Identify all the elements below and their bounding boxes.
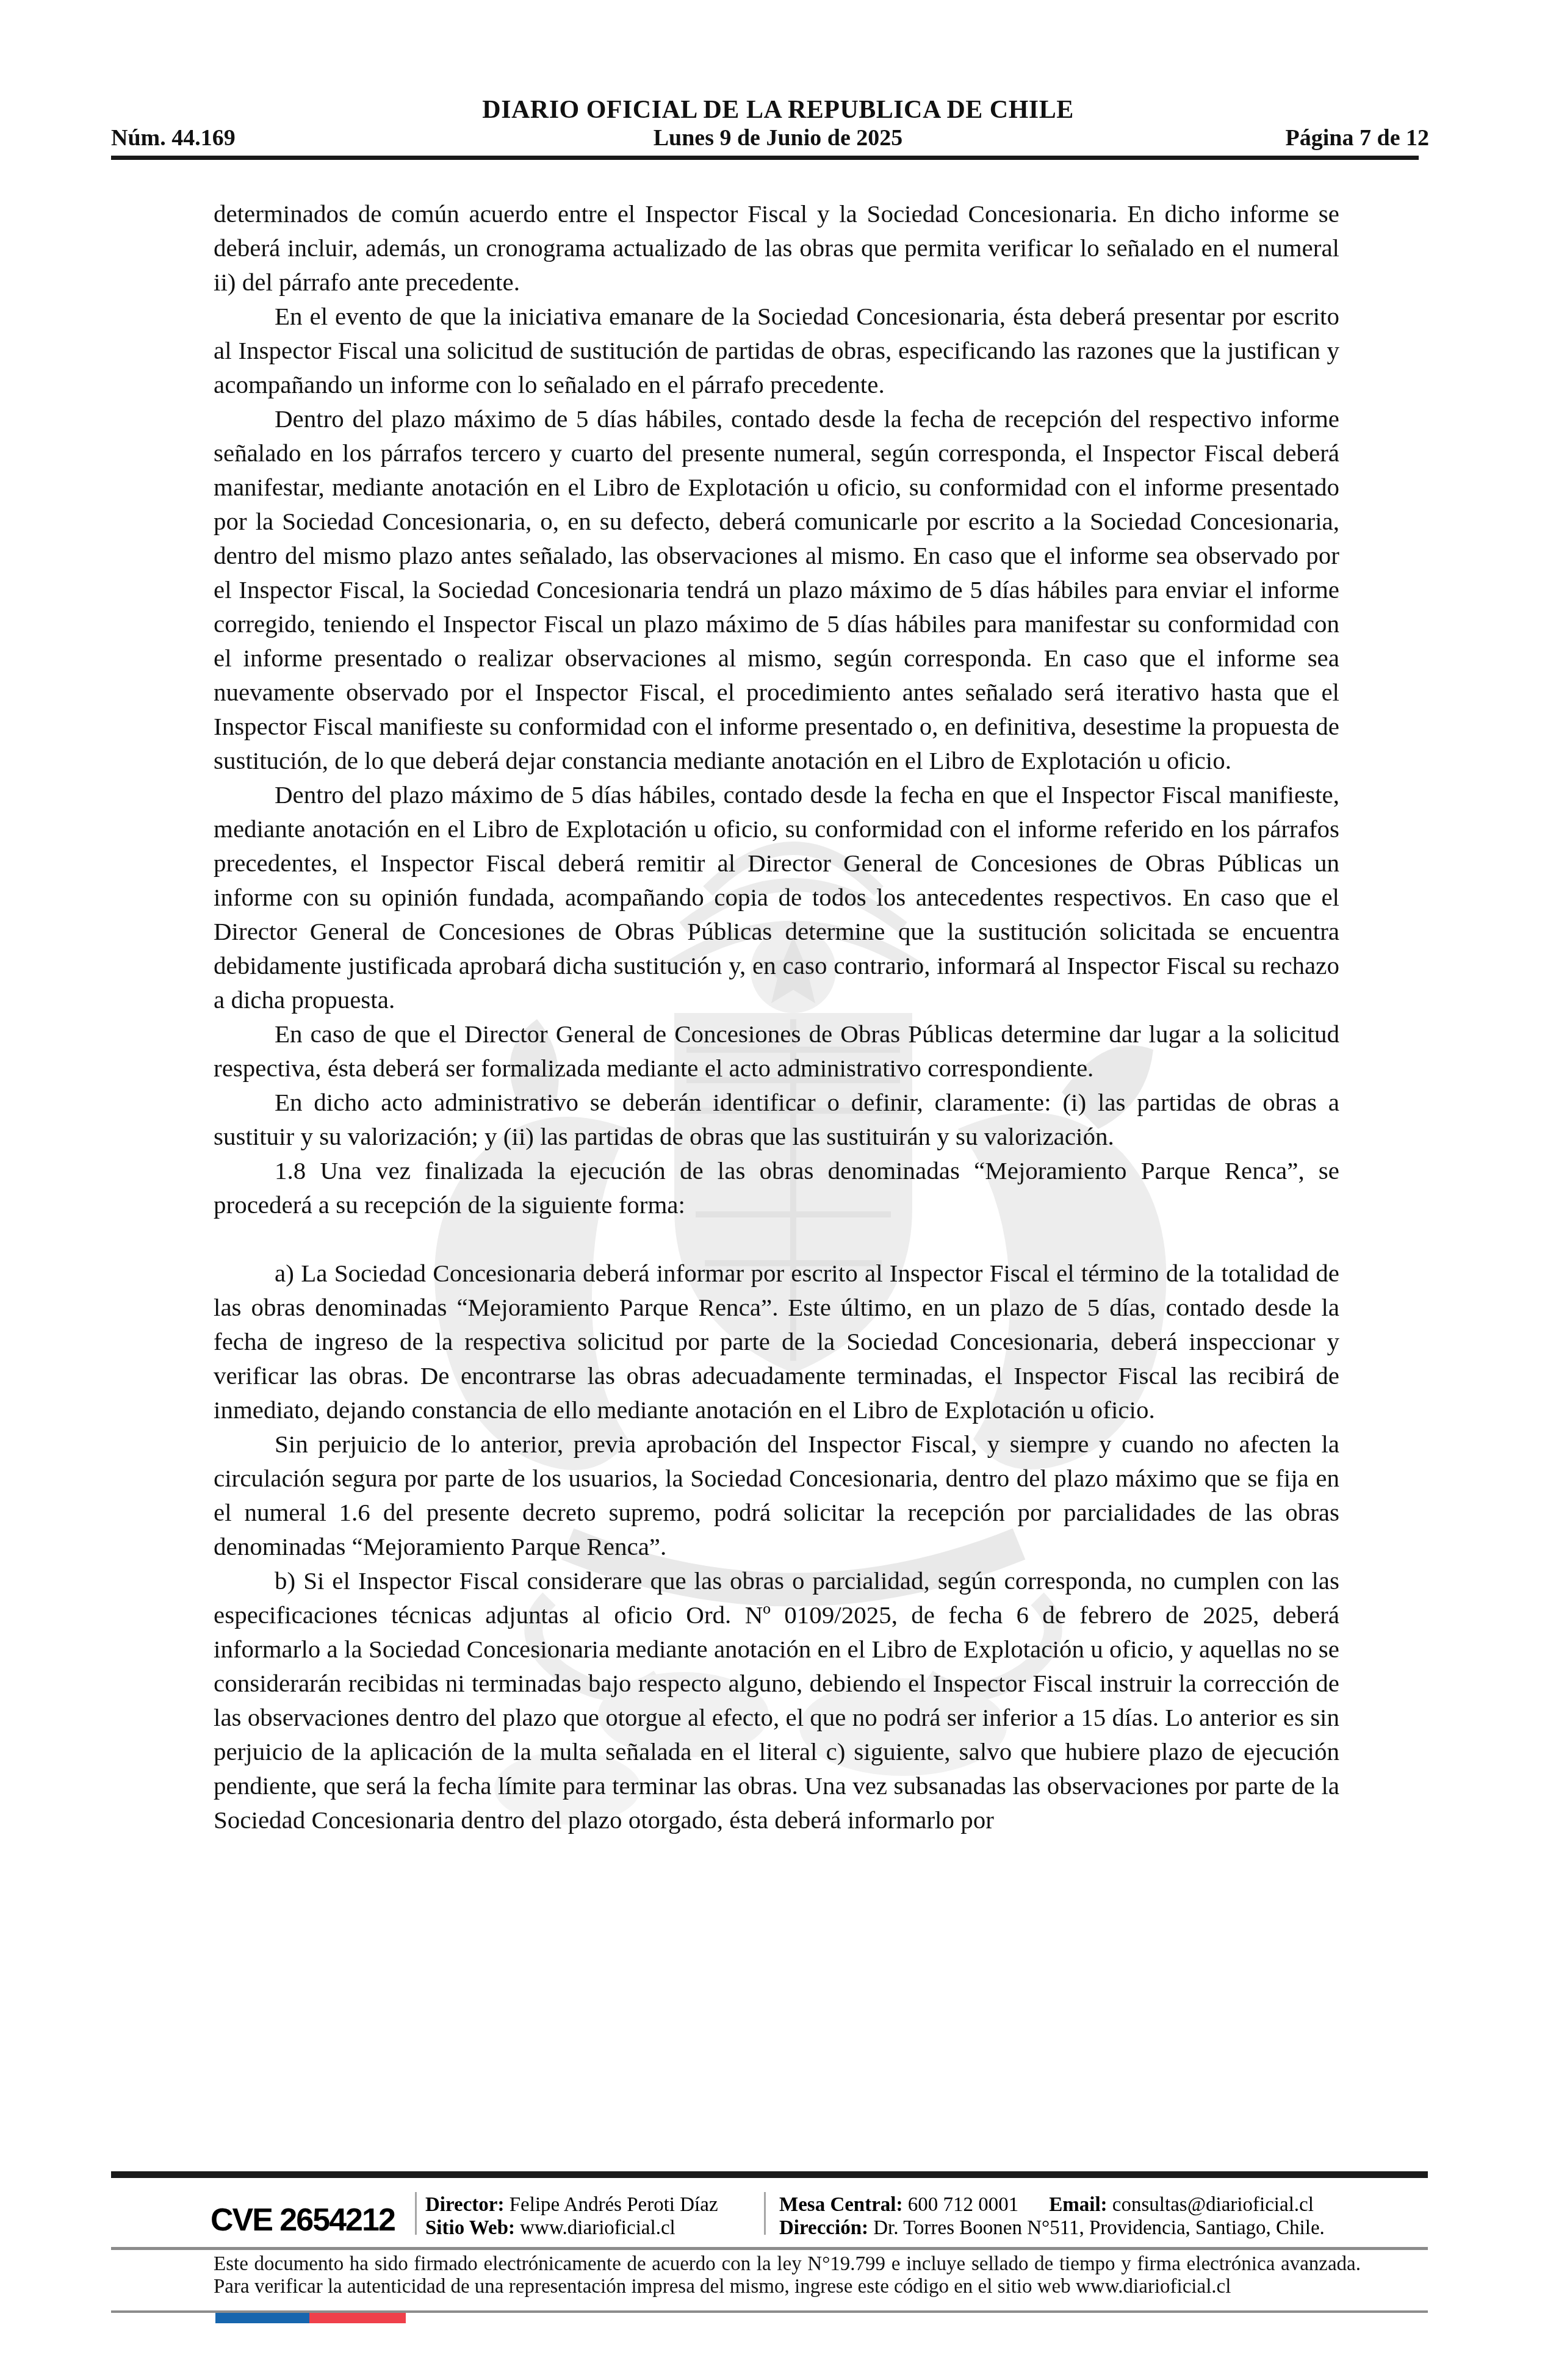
paragraph-4: Dentro del plazo máximo de 5 días hábile… (214, 777, 1339, 1017)
paragraph-8-item-a: a) La Sociedad Concesionaria deberá info… (214, 1256, 1339, 1427)
website-line: Sitio Web: www.diarioficial.cl (425, 2216, 718, 2240)
paragraph-9: Sin perjuicio de lo anterior, previa apr… (214, 1427, 1339, 1563)
paragraph-1: determinados de común acuerdo entre el I… (214, 197, 1339, 299)
header-rule (111, 156, 1419, 160)
paragraph-5: En caso de que el Director General de Co… (214, 1017, 1339, 1085)
cve-code: CVE 2654212 (211, 2202, 395, 2238)
page-title: DIARIO OFICIAL DE LA REPUBLICA DE CHILE (0, 95, 1556, 124)
header-meta-row: Núm. 44.169 Lunes 9 de Junio de 2025 Pág… (0, 124, 1556, 151)
paragraph-10-item-b: b) Si el Inspector Fiscal considerare qu… (214, 1563, 1339, 1837)
email-label: Email: (1049, 2194, 1107, 2216)
address-line: Dirección: Dr. Torres Boonen N°511, Prov… (779, 2216, 1325, 2240)
paragraph-3: Dentro del plazo máximo de 5 días hábile… (214, 402, 1339, 777)
legal-notice: Este documento ha sido firmado electróni… (214, 2253, 1361, 2298)
phone-email-line: Mesa Central: 600 712 0001Email: consult… (779, 2193, 1325, 2216)
flag-blue-segment (215, 2313, 309, 2323)
website-value: www.diarioficial.cl (520, 2217, 675, 2239)
paragraph-7: 1.8 Una vez finalizada la ejecución de l… (214, 1153, 1339, 1222)
flag-red-segment (309, 2313, 406, 2323)
phone-value: 600 712 0001 (908, 2194, 1019, 2216)
director-label: Director: (425, 2194, 504, 2216)
email-pair: Email: consultas@diarioficial.cl (1049, 2194, 1314, 2216)
gazette-page: DIARIO OFICIAL DE LA REPUBLICA DE CHILE … (0, 0, 1556, 2380)
footer-rule (111, 2171, 1428, 2178)
paragraph-6: En dicho acto administrativo se deberán … (214, 1085, 1339, 1153)
phone-pair: Mesa Central: 600 712 0001 (779, 2194, 1018, 2216)
footer-divider-2 (764, 2192, 766, 2235)
address-value: Dr. Torres Boonen N°511, Providencia, Sa… (873, 2217, 1325, 2239)
website-label: Sitio Web: (425, 2217, 515, 2239)
phone-label: Mesa Central: (779, 2194, 903, 2216)
email-value: consultas@diarioficial.cl (1112, 2194, 1314, 2216)
page-indicator: Página 7 de 12 (1286, 124, 1429, 151)
footer-contact-left: Director: Felipe Andrés Peroti Díaz Siti… (425, 2193, 718, 2240)
address-label: Dirección: (779, 2217, 868, 2239)
director-line: Director: Felipe Andrés Peroti Díaz (425, 2193, 718, 2216)
footer-grey-rule-top (111, 2247, 1428, 2250)
paragraph-2: En el evento de que la iniciativa emanar… (214, 299, 1339, 402)
footer-contact-right: Mesa Central: 600 712 0001Email: consult… (779, 2193, 1325, 2240)
footer-divider-1 (415, 2192, 417, 2235)
director-value: Felipe Andrés Peroti Díaz (510, 2194, 718, 2216)
document-body: determinados de común acuerdo entre el I… (214, 197, 1339, 1837)
